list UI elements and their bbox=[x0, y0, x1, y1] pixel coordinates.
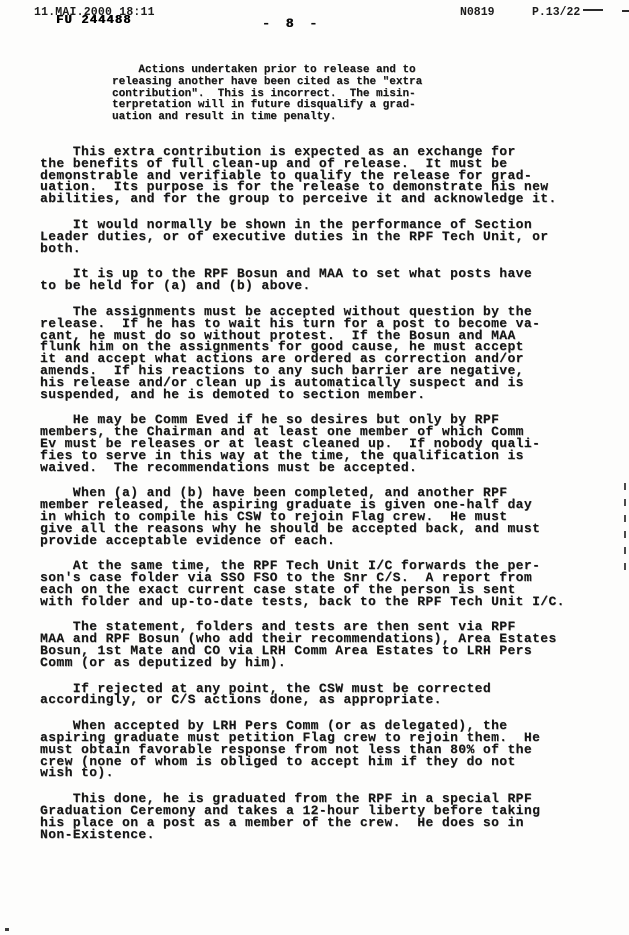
scan-artifact-tick bbox=[624, 483, 626, 490]
fax-stamp: FU 244488 bbox=[56, 13, 132, 27]
paragraph: The assignments must be accepted without… bbox=[40, 306, 605, 400]
scan-artifact-dash bbox=[583, 9, 603, 11]
page-number: - 8 - bbox=[262, 16, 321, 31]
paragraph: At the same time, the RPF Tech Unit I/C … bbox=[40, 560, 605, 607]
scan-artifact-tick bbox=[624, 499, 626, 506]
paragraph: The statement, folders and tests are the… bbox=[40, 621, 605, 668]
document-body: Actions undertaken prior to release and … bbox=[40, 65, 605, 840]
blockquote: Actions undertaken prior to release and … bbox=[112, 65, 605, 124]
scan-artifact-tick bbox=[624, 547, 626, 554]
scan-artifact-tick bbox=[624, 563, 626, 570]
paragraph-list: This extra contribution is expected as a… bbox=[40, 146, 605, 840]
fax-document-page: 11.MAI.2000 18:11 FU 244488 - 8 - N0819 … bbox=[0, 0, 629, 935]
scan-artifact-dot bbox=[5, 928, 9, 931]
paragraph: This done, he is graduated from the RPF … bbox=[40, 793, 605, 840]
paragraph: If rejected at any point, the CSW must b… bbox=[40, 683, 605, 707]
fax-number: N0819 bbox=[460, 6, 495, 19]
fax-page-counter: P.13/22 bbox=[532, 6, 580, 19]
paragraph: He may be Comm Eved if he so desires but… bbox=[40, 414, 605, 473]
paragraph: It would normally be shown in the perfor… bbox=[40, 219, 605, 254]
paragraph: This extra contribution is expected as a… bbox=[40, 146, 605, 205]
scan-artifact-tick bbox=[624, 515, 626, 522]
scan-artifact-dash bbox=[622, 10, 629, 12]
scan-artifact-tick bbox=[624, 531, 626, 538]
paragraph: When accepted by LRH Pers Comm (or as de… bbox=[40, 720, 605, 779]
paragraph: It is up to the RPF Bosun and MAA to set… bbox=[40, 268, 605, 292]
paragraph: When (a) and (b) have been completed, an… bbox=[40, 487, 605, 546]
